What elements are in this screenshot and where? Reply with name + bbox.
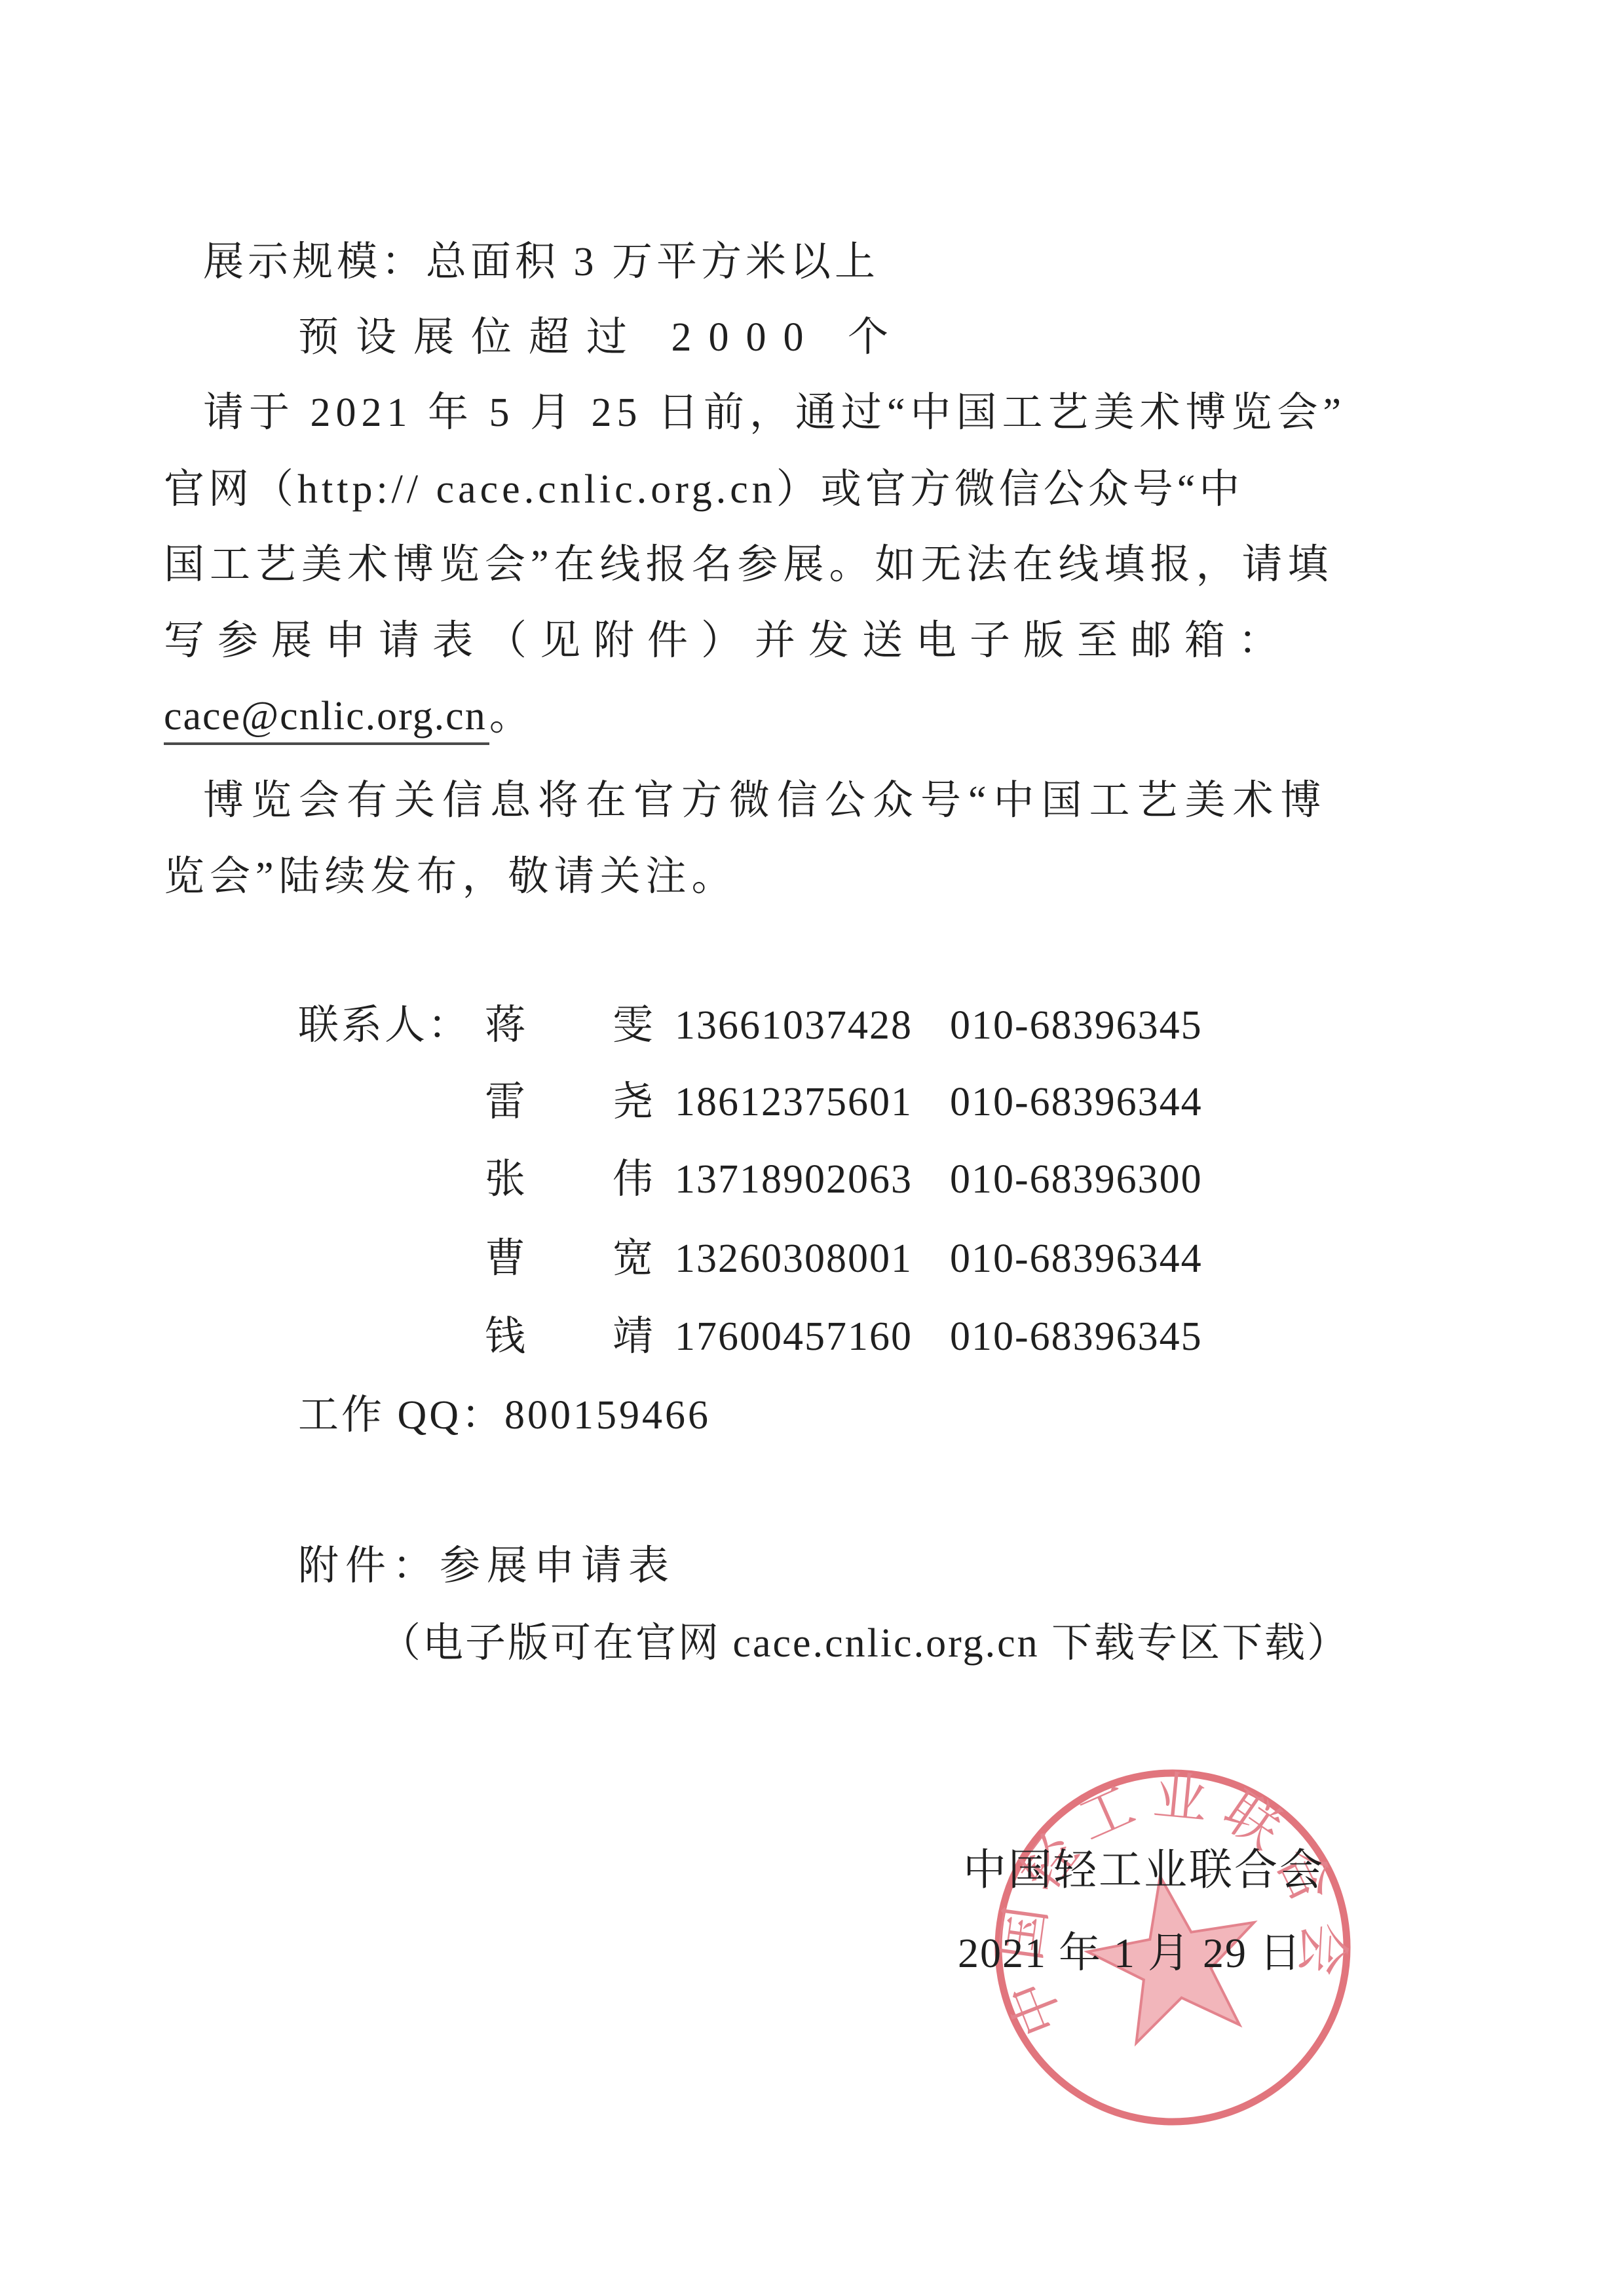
work-qq-line: 工作 QQ：800159466 — [298, 1392, 711, 1438]
registration-line2: 官网（http:// cace.cnlic.org.cn）或官方微信公众号“中 — [164, 467, 1243, 512]
document-page: 展示规模：总面积 3 万平方米以上 预设展位超过 2000 个 请于 2021 … — [0, 0, 1624, 2296]
info-release-line1: 博览会有关信息将在官方微信公众号“中国工艺美术博 — [203, 778, 1329, 824]
contact-given: 伟 — [613, 1157, 653, 1202]
contact-phone: 010-68396344 — [950, 1079, 1203, 1125]
contact-mobile: 17600457160 — [675, 1314, 913, 1360]
contact-surname: 蒋 — [485, 1003, 525, 1048]
contact-phone: 010-68396345 — [950, 1314, 1203, 1360]
contact-row: 钱 靖 17600457160 010-68396345 — [0, 1314, 1624, 1360]
contact-given: 雯 — [613, 1003, 653, 1048]
contact-given: 尧 — [613, 1079, 653, 1125]
registration-line4: 写参展申请表（见附件）并发送电子版至邮箱： — [164, 618, 1292, 664]
exhibition-scale-line2: 预设展位超过 2000 个 — [298, 315, 905, 360]
contact-row: 张 伟 13718902063 010-68396300 — [0, 1157, 1624, 1202]
contact-row: 联系人： 蒋 雯 13661037428 010-68396345 — [0, 1003, 1624, 1048]
registration-line1: 请于 2021 年 5 月 25 日前，通过“中国工艺美术博览会” — [203, 390, 1346, 436]
contacts-label: 联系人： — [298, 1003, 471, 1048]
info-release-line2: 览会”陆续发布，敬请关注。 — [164, 854, 738, 900]
contact-mobile: 13260308001 — [675, 1236, 913, 1282]
contact-phone: 010-68396345 — [950, 1003, 1203, 1048]
contact-surname: 钱 — [485, 1314, 525, 1360]
contact-phone: 010-68396344 — [950, 1236, 1203, 1282]
contact-mobile: 18612375601 — [675, 1079, 913, 1125]
attachment-line2: （电子版可在官网 cace.cnlic.org.cn 下载专区下载） — [380, 1620, 1350, 1666]
contact-given: 宽 — [613, 1236, 653, 1282]
signature-org: 中国轻工业联合会 — [963, 1847, 1325, 1894]
registration-email-line: cace@cnlic.org.cn。 — [164, 693, 531, 739]
exhibition-scale-line1: 展示规模：总面积 3 万平方米以上 — [203, 239, 879, 285]
contact-phone: 010-68396300 — [950, 1157, 1203, 1202]
contact-row: 曹 宽 13260308001 010-68396344 — [0, 1236, 1624, 1282]
contact-row: 雷 尧 18612375601 010-68396344 — [0, 1079, 1624, 1125]
email-period: 。 — [489, 694, 531, 738]
signature-date: 2021 年 1 月 29 日 — [958, 1930, 1302, 1976]
email-address: cace@cnlic.org.cn — [164, 694, 489, 745]
attachment-line1: 附件：参展申请表 — [298, 1543, 675, 1589]
contact-mobile: 13661037428 — [675, 1003, 913, 1048]
contact-surname: 张 — [485, 1157, 525, 1202]
contact-mobile: 13718902063 — [675, 1157, 913, 1202]
contact-surname: 雷 — [485, 1079, 525, 1125]
contact-given: 靖 — [613, 1314, 653, 1360]
contact-surname: 曹 — [485, 1236, 525, 1282]
registration-line3: 国工艺美术博览会”在线报名参展。如无法在线填报，请填 — [164, 542, 1334, 588]
